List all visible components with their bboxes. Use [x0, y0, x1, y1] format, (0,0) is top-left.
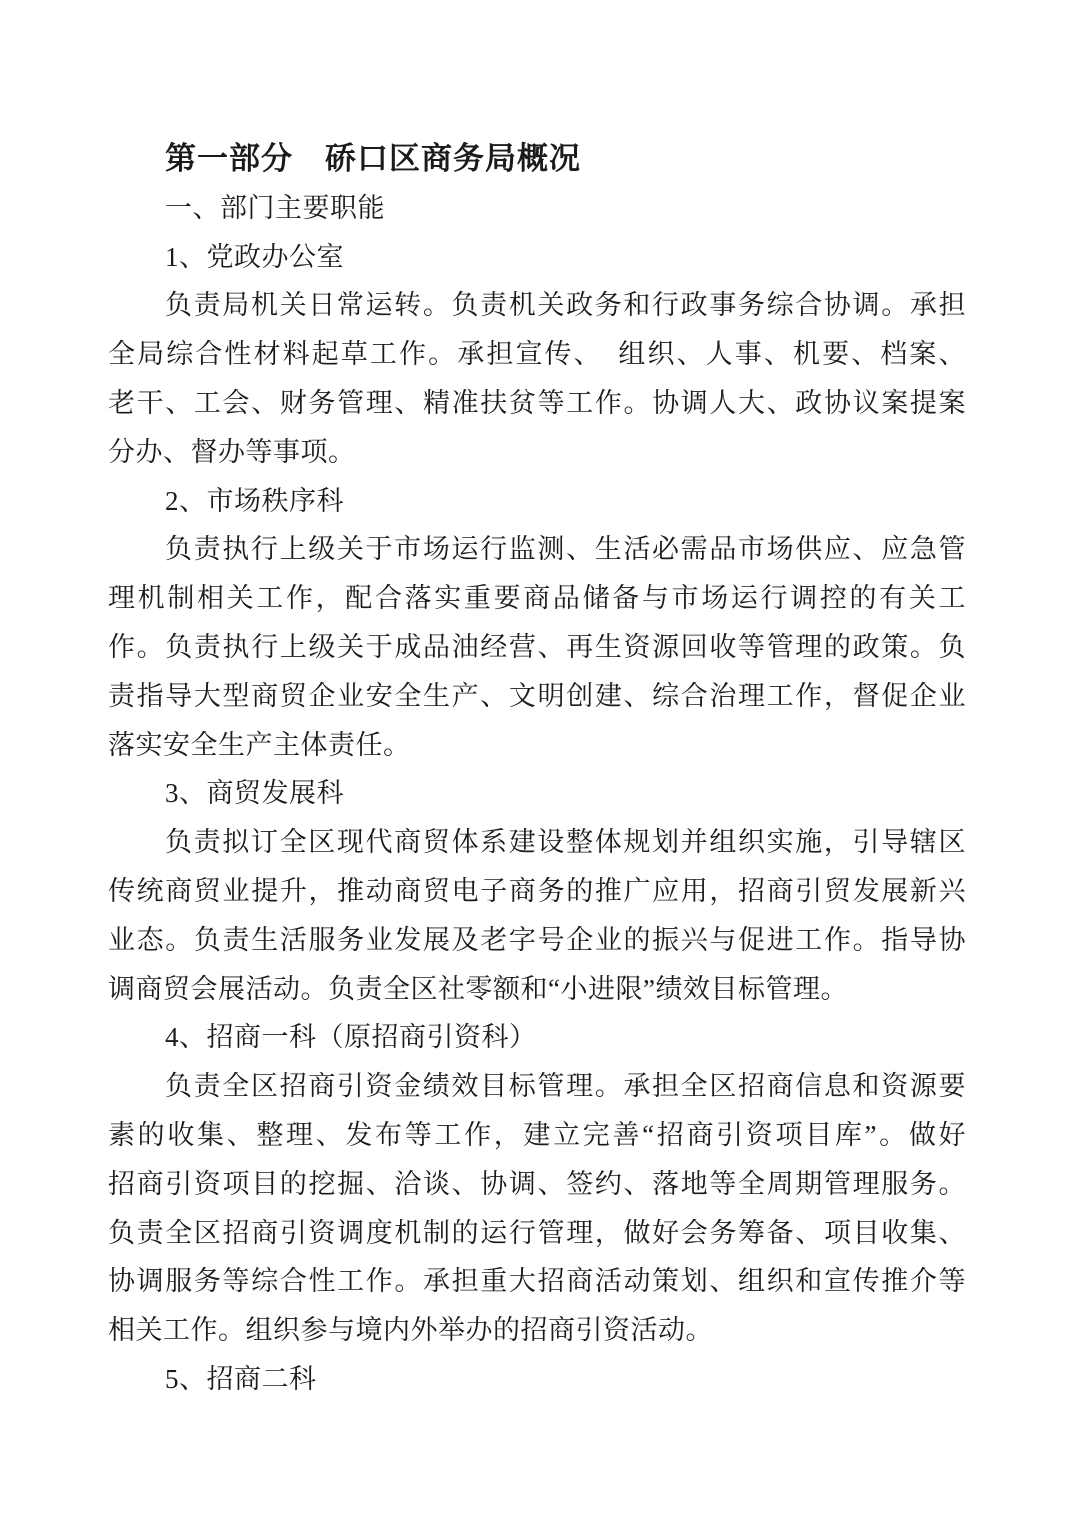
document-body: 第一部分 硚口区商务局概况 一、部门主要职能 1、党政办公室 负责局机关日常运转… — [0, 0, 1074, 1404]
paragraph-line: 理机制相关工作，配合落实重要商品储备与市场运行调控的有关工 — [108, 574, 966, 623]
paragraph-line: 负责拟订全区现代商贸体系建设整体规划并组织实施，引导辖区 — [108, 818, 966, 867]
paragraph-line: 落实安全生产主体责任。 — [108, 721, 966, 770]
paragraph-line: 分办、督办等事项。 — [108, 428, 966, 477]
paragraph-line: 负责全区招商引资调度机制的运行管理，做好会务筹备、项目收集、 — [108, 1209, 966, 1258]
paragraph-line: 业态。负责生活服务业发展及老字号企业的振兴与促进工作。指导协 — [108, 916, 966, 965]
paragraph-line: 招商引资项目的挖掘、洽谈、协调、签约、落地等全周期管理服务。 — [108, 1160, 966, 1209]
paragraph-line: 相关工作。组织参与境内外举办的招商引资活动。 — [108, 1306, 966, 1355]
paragraph-line: 责指导大型商贸企业安全生产、文明创建、综合治理工作，督促企业 — [108, 672, 966, 721]
subheading-commerce-development: 3、商贸发展科 — [108, 769, 966, 818]
document-page: 第一部分 硚口区商务局概况 一、部门主要职能 1、党政办公室 负责局机关日常运转… — [0, 0, 1074, 1520]
paragraph-line: 负责执行上级关于市场运行监测、生活必需品市场供应、应急管 — [108, 525, 966, 574]
paragraph-line: 作。负责执行上级关于成品油经营、再生资源回收等管理的政策。负 — [108, 623, 966, 672]
paragraph-line: 调商贸会展活动。负责全区社零额和“小进限”绩效目标管理。 — [108, 965, 966, 1014]
paragraph-line: 全局综合性材料起草工作。承担宣传、 组织、人事、机要、档案、 — [108, 330, 966, 379]
subheading-investment-section-2: 5、招商二科 — [108, 1355, 966, 1404]
subheading-investment-section-1: 4、招商一科（原招商引资科） — [108, 1013, 966, 1062]
paragraph-line: 协调服务等综合性工作。承担重大招商活动策划、组织和宣传推介等 — [108, 1257, 966, 1306]
paragraph-line: 负责全区招商引资金绩效目标管理。承担全区招商信息和资源要 — [108, 1062, 966, 1111]
document-title: 第一部分 硚口区商务局概况 — [108, 135, 966, 184]
paragraph-line: 老干、工会、财务管理、精准扶贫等工作。协调人大、政协议案提案 — [108, 379, 966, 428]
subheading-market-order: 2、市场秩序科 — [108, 477, 966, 526]
paragraph-line: 负责局机关日常运转。负责机关政务和行政事务综合协调。承担 — [108, 281, 966, 330]
heading-department-functions: 一、部门主要职能 — [108, 184, 966, 233]
subheading-party-office: 1、党政办公室 — [108, 233, 966, 282]
paragraph-line: 传统商贸业提升，推动商贸电子商务的推广应用，招商引贸发展新兴 — [108, 867, 966, 916]
paragraph-line: 素的收集、整理、发布等工作，建立完善“招商引资项目库”。做好 — [108, 1111, 966, 1160]
